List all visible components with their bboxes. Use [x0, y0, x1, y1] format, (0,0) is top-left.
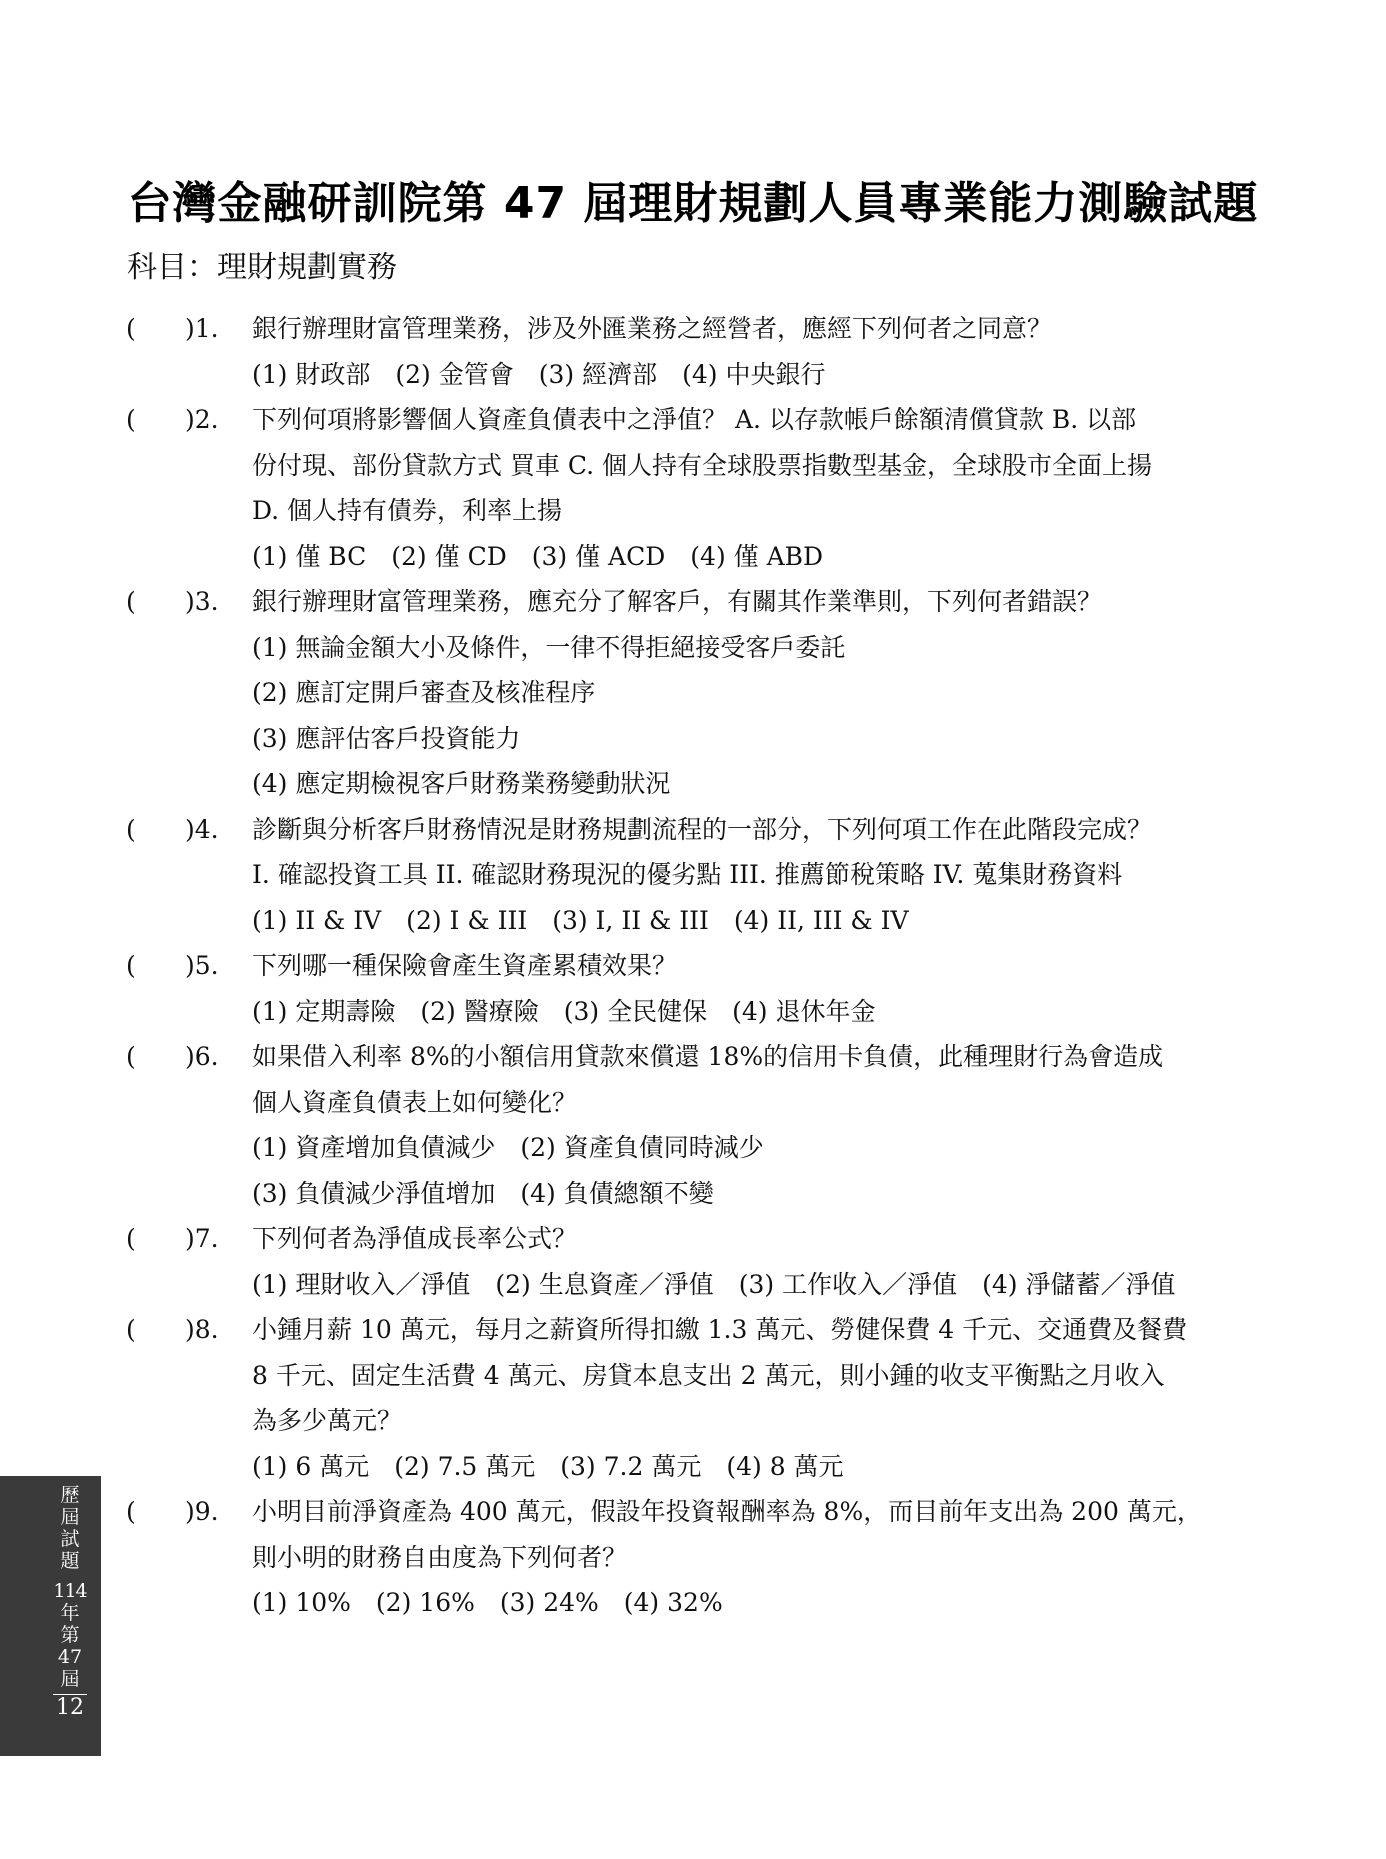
answer-blank-close: )6. — [185, 1034, 219, 1080]
side-tab: 歷 屆 試 題 114 年 第 47 屆 12 — [0, 1476, 101, 1756]
answer-blank-open: ( — [126, 1034, 136, 1080]
question-text: 下列何項將影響個人資產負債表中之淨值？ A. 以存款帳戶餘額清償貸款 B. 以部 — [252, 397, 1136, 443]
side-tab-char: 題 — [60, 1550, 79, 1572]
answer-blank-open: ( — [126, 807, 136, 853]
side-tab-char: 歷 — [60, 1484, 79, 1506]
question-9: ( )9. 小明目前淨資產為 400 萬元，假設年投資報酬率為 8%，而目前年支… — [0, 1489, 1386, 1626]
side-tab-label: 歷 屆 試 題 114 年 第 47 屆 12 — [53, 1484, 87, 1719]
answer-blank-open: ( — [126, 397, 136, 443]
side-tab-char: 試 — [60, 1528, 79, 1550]
question-text: 銀行辦理財富管理業務，應充分了解客戶，有關其作業準則，下列何者錯誤？ — [252, 579, 1102, 625]
question-text: 如果借入利率 8%的小額信用貸款來償還 18%的信用卡負債，此種理財行為會造成 — [252, 1034, 1163, 1080]
side-tab-char: 屆 — [60, 1506, 79, 1528]
question-7: ( )7. 下列何者為淨值成長率公式？ (1) 理財收入／淨值 (2) 生息資產… — [0, 1216, 1386, 1307]
side-tab-year-suffix: 年 — [60, 1602, 79, 1624]
question-options: (1) 理財收入／淨值 (2) 生息資產／淨值 (3) 工作收入／淨值 (4) … — [252, 1262, 1175, 1308]
subject-heading: 科目：理財規劃實務 — [127, 242, 397, 286]
question-options: (1) 6 萬元 (2) 7.5 萬元 (3) 7.2 萬元 (4) 8 萬元 — [252, 1444, 844, 1490]
question-list: ( )1. 銀行辦理財富管理業務，涉及外匯業務之經營者，應經下列何者之同意？ (… — [0, 306, 1386, 1626]
question-options: (1) 10% (2) 16% (3) 24% (4) 32% — [252, 1580, 723, 1626]
side-tab-year: 114 — [53, 1580, 86, 1602]
side-tab-session-suffix: 屆 — [60, 1668, 79, 1690]
question-text: 下列何者為淨值成長率公式？ — [252, 1216, 577, 1262]
question-options: (3) 負債減少淨值增加 (4) 負債總額不變 — [252, 1171, 714, 1217]
question-6: ( )6. 如果借入利率 8%的小額信用貸款來償還 18%的信用卡負債，此種理財… — [0, 1034, 1386, 1216]
answer-blank-close: )3. — [185, 579, 219, 625]
question-5: ( )5. 下列哪一種保險會產生資產累積效果？ (1) 定期壽險 (2) 醫療險… — [0, 943, 1386, 1034]
question-text: 個人資產負債表上如何變化？ — [252, 1080, 577, 1126]
answer-blank-close: )9. — [185, 1489, 219, 1535]
question-8: ( )8. 小鍾月薪 10 萬元，每月之薪資所得扣繳 1.3 萬元、勞健保費 4… — [0, 1307, 1386, 1489]
answer-blank-close: )4. — [185, 807, 219, 853]
question-text: I. 確認投資工具 II. 確認財務現況的優劣點 III. 推薦節稅策略 IV.… — [252, 852, 1122, 898]
question-text: 小明目前淨資產為 400 萬元，假設年投資報酬率為 8%，而目前年支出為 200… — [252, 1489, 1202, 1535]
answer-blank-open: ( — [126, 306, 136, 352]
answer-blank-open: ( — [126, 1307, 136, 1353]
answer-blank-open: ( — [126, 1489, 136, 1535]
answer-blank-open: ( — [126, 579, 136, 625]
question-options: (1) II & IV (2) I & III (3) I, II & III … — [252, 898, 909, 944]
question-1: ( )1. 銀行辦理財富管理業務，涉及外匯業務之經營者，應經下列何者之同意？ (… — [0, 306, 1386, 397]
question-text: 為多少萬元？ — [252, 1398, 402, 1444]
answer-blank-close: )5. — [185, 943, 219, 989]
question-2: ( )2. 下列何項將影響個人資產負債表中之淨值？ A. 以存款帳戶餘額清償貸款… — [0, 397, 1386, 579]
side-tab-session-prefix: 第 — [60, 1624, 79, 1646]
question-text: 8 千元、固定生活費 4 萬元、房貸本息支出 2 萬元，則小鍾的收支平衡點之月收… — [252, 1353, 1164, 1399]
question-4: ( )4. 診斷與分析客戶財務情況是財務規劃流程的一部分，下列何項工作在此階段完… — [0, 807, 1386, 944]
question-3: ( )3. 銀行辦理財富管理業務，應充分了解客戶，有關其作業準則，下列何者錯誤？… — [0, 579, 1386, 807]
question-options: (1) 定期壽險 (2) 醫療險 (3) 全民健保 (4) 退休年金 — [252, 989, 875, 1035]
question-options: (1) 僅 BC (2) 僅 CD (3) 僅 ACD (4) 僅 ABD — [252, 534, 823, 580]
answer-blank-open: ( — [126, 943, 136, 989]
question-text: 下列哪一種保險會產生資產累積效果？ — [252, 943, 677, 989]
question-option: (1) 無論金額大小及條件，一律不得拒絕接受客戶委託 — [252, 625, 845, 671]
question-text: 診斷與分析客戶財務情況是財務規劃流程的一部分，下列何項工作在此階段完成？ — [252, 807, 1152, 853]
side-tab-session-number: 47 — [58, 1646, 82, 1668]
answer-blank-close: )2. — [185, 397, 219, 443]
question-options: (1) 資產增加負債減少 (2) 資產負債同時減少 — [252, 1125, 764, 1171]
question-text: D. 個人持有債券，利率上揚 — [252, 488, 562, 534]
question-options: (1) 財政部 (2) 金管會 (3) 經濟部 (4) 中央銀行 — [252, 352, 825, 398]
question-text: 小鍾月薪 10 萬元，每月之薪資所得扣繳 1.3 萬元、勞健保費 4 千元、交通… — [252, 1307, 1187, 1353]
answer-blank-close: )7. — [185, 1216, 219, 1262]
page-number: 12 — [56, 1697, 84, 1719]
page-title: 台灣金融研訓院第 47 屆理財規劃人員專業能力測驗試題 — [0, 167, 1386, 231]
question-option: (2) 應訂定開戶審查及核准程序 — [252, 670, 595, 716]
question-option: (3) 應評估客戶投資能力 — [252, 716, 520, 762]
question-text: 份付現、部份貸款方式 買車 C. 個人持有全球股票指數型基金，全球股市全面上揚 — [252, 443, 1152, 489]
answer-blank-close: )8. — [185, 1307, 219, 1353]
question-option: (4) 應定期檢視客戶財務業務變動狀況 — [252, 761, 670, 807]
answer-blank-close: )1. — [185, 306, 219, 352]
question-text: 則小明的財務自由度為下列何者？ — [252, 1535, 627, 1581]
question-text: 銀行辦理財富管理業務，涉及外匯業務之經營者，應經下列何者之同意？ — [252, 306, 1052, 352]
answer-blank-open: ( — [126, 1216, 136, 1262]
